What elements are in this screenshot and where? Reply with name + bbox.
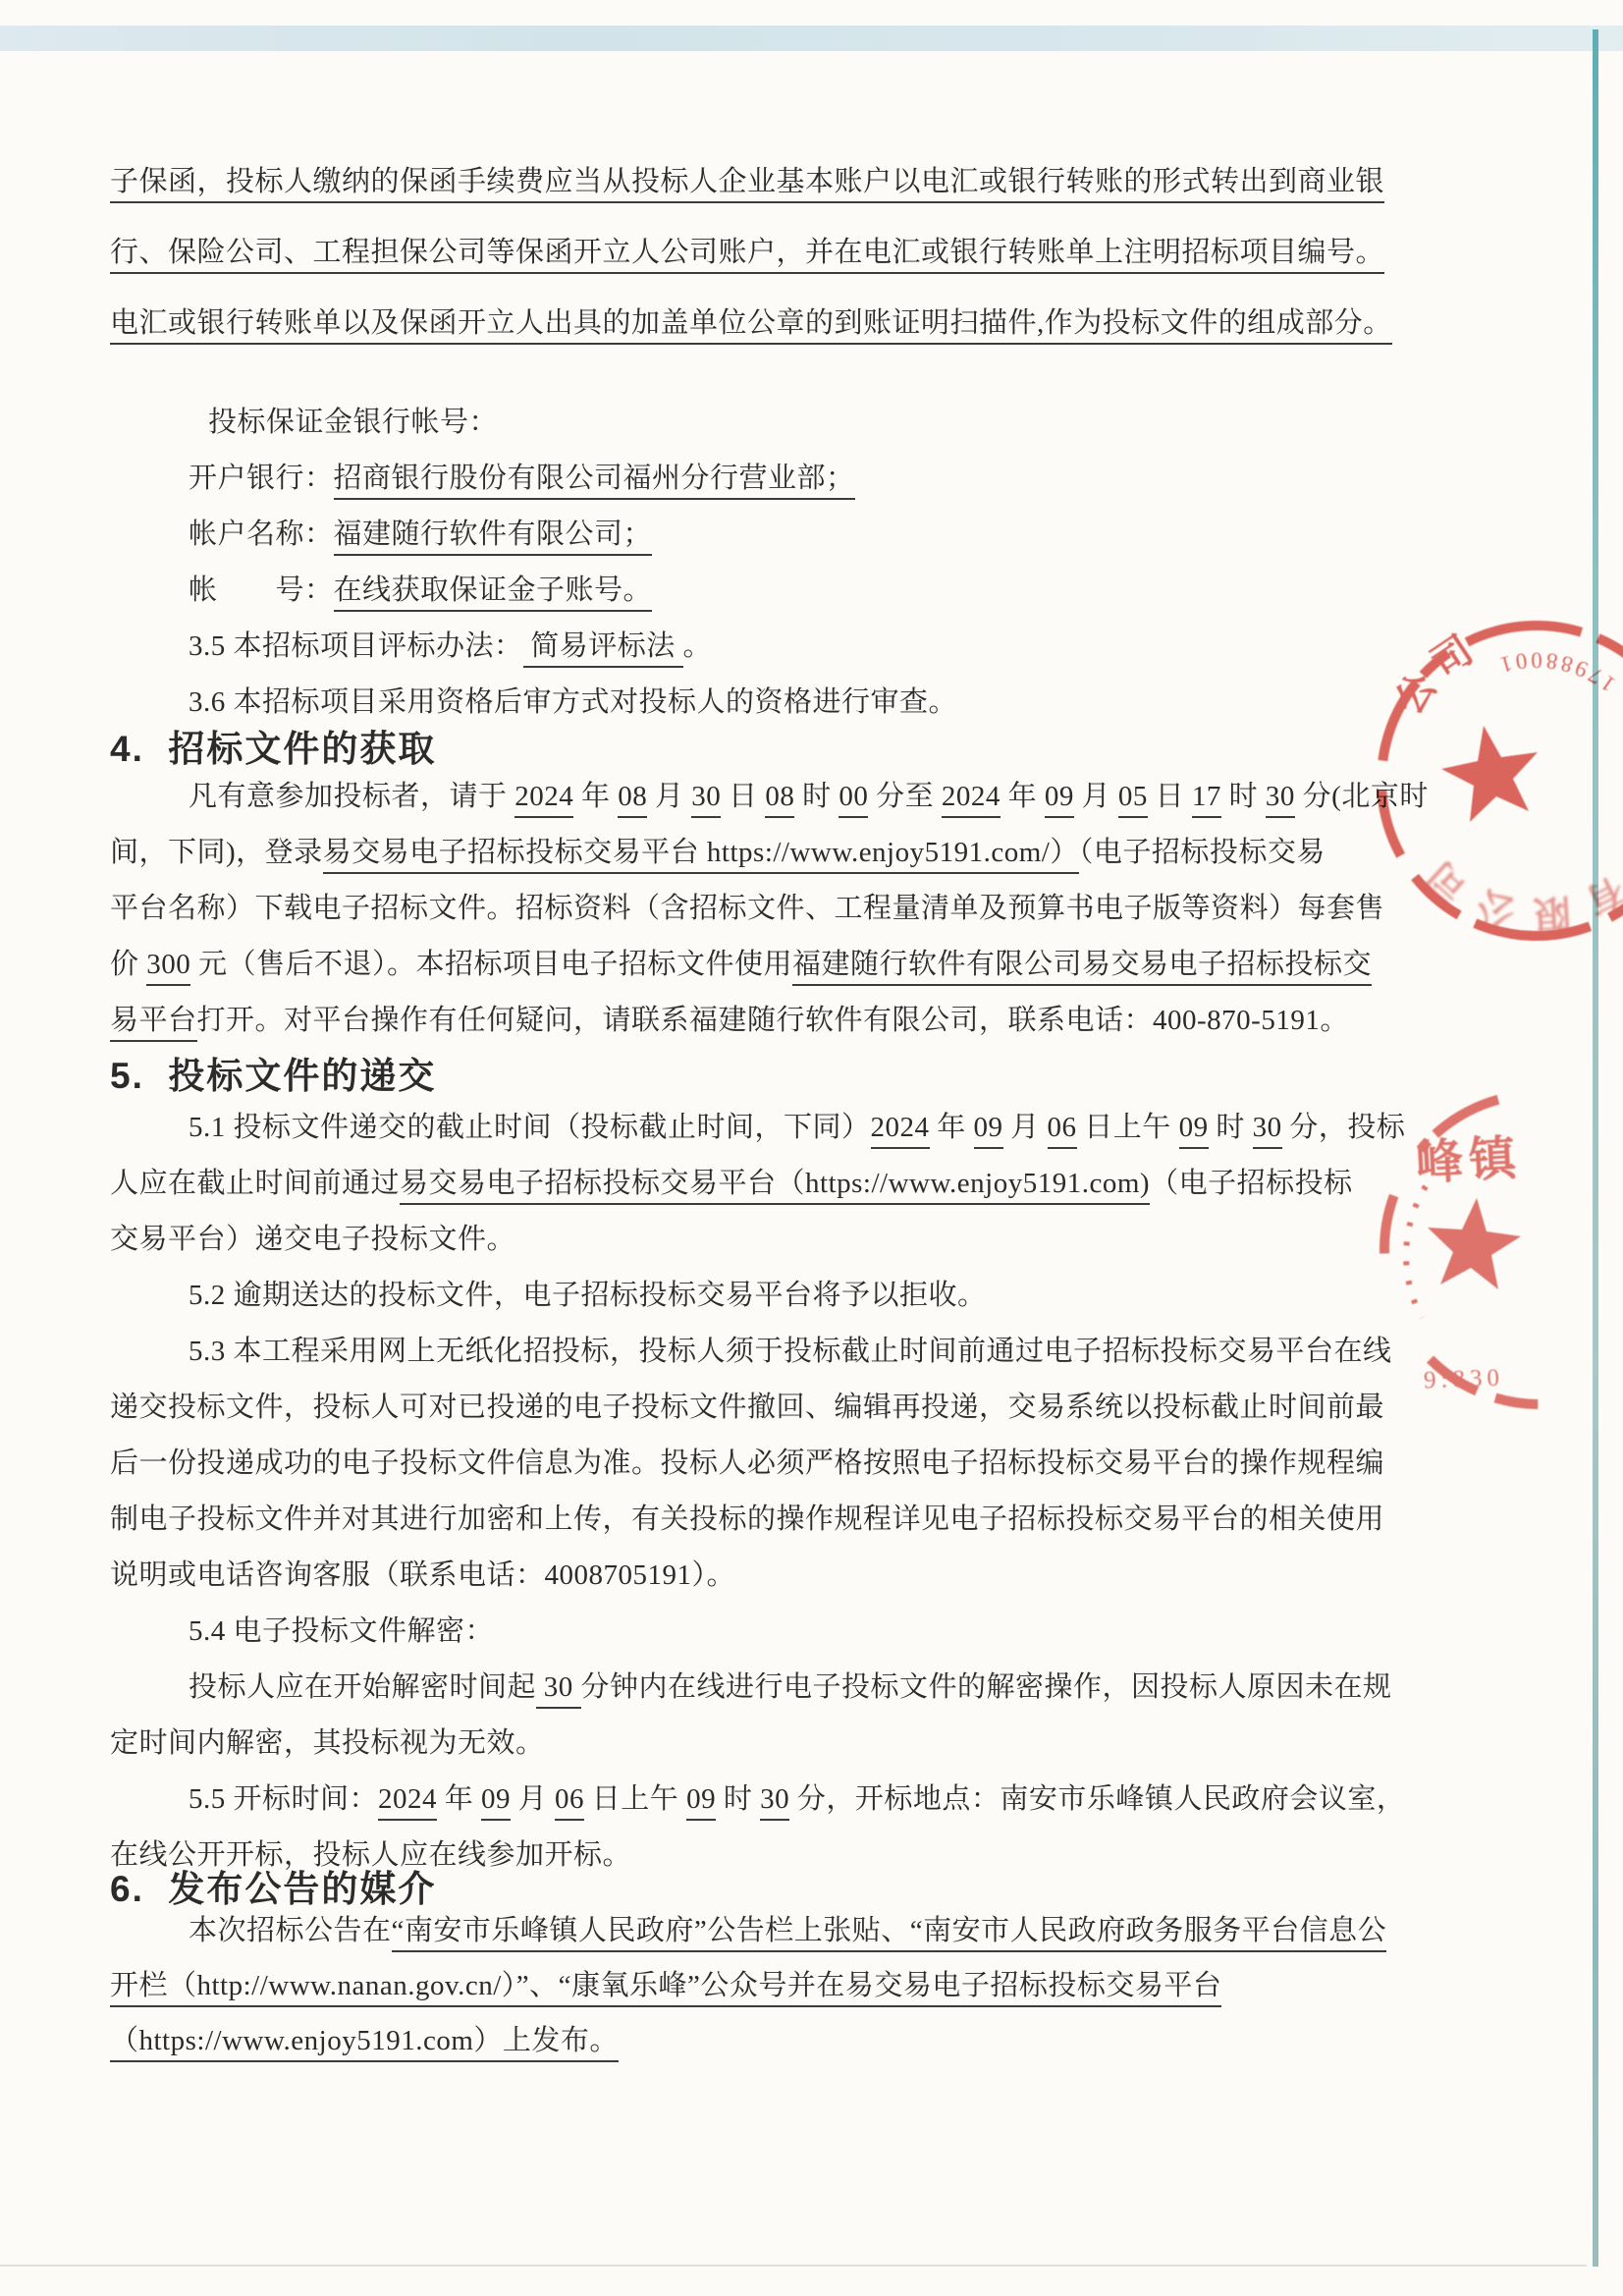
underlined-text: 09 [1045, 781, 1074, 818]
underlined-text: 08 [765, 781, 794, 818]
text-run: 时 [794, 781, 839, 812]
text-run: （电子招标投标交易 [1079, 837, 1325, 868]
underlined-text: 2024 [942, 781, 1001, 818]
text-run: 3.6 本招标项目采用资格后审方式对投标人的资格进行审查。 [189, 686, 957, 718]
text-run: 日上午 [1077, 1112, 1179, 1143]
underlined-text: 06 [555, 1783, 584, 1821]
text-run: 分，开标地点：南安市乐峰镇人民政府会议室， [789, 1783, 1405, 1815]
section-5-paragraph: 5.1 投标文件递交的截止时间（投标截止时间，下同）2024 年 09 月 06… [110, 1100, 1516, 1884]
text-run: 交易平台）递交电子投标文件。 [110, 1224, 515, 1255]
text-line: 开户银行：招商银行股份有限公司福州分行营业部； [110, 451, 1516, 507]
text-run: 时 [1209, 1112, 1253, 1143]
text-run: 本次招标公告在 [189, 1915, 392, 1946]
text-line: 间，下同)，登录易交易电子招标投标交易平台 https://www.enjoy5… [110, 825, 1516, 881]
underlined-text: 300 [146, 949, 190, 986]
text-run: 3.5 本招标项目评标办法： [189, 630, 523, 662]
underlined-text: 09 [974, 1112, 1003, 1149]
text-line: 3.5 本招标项目评标办法： 简易评标法 。 [110, 619, 1516, 675]
text-run: 帐户名称： [189, 519, 334, 550]
text-run: 后一份投递成功的电子投标文件信息为准。投标人必须严格按照电子招标投标交易平台的操… [110, 1448, 1384, 1479]
text-line: 交易平台）递交电子投标文件。 [110, 1212, 1516, 1268]
deposit-account-block: 投标保证金银行帐号：开户银行：招商银行股份有限公司福州分行营业部；帐户名称：福建… [110, 395, 1516, 731]
scan-edge-top [0, 26, 1623, 51]
text-line: 5.3 本工程采用网上无纸化招投标，投标人须于投标截止时间前通过电子招标投标交易… [110, 1324, 1516, 1380]
text-run: 5.1 投标文件递交的截止时间（投标截止时间，下同） [189, 1112, 871, 1143]
underlined-text: 易交易电子招标投标交易平台 https://www.enjoy5191.com/… [323, 837, 1079, 874]
text-run: 投标保证金银行帐号： [208, 407, 498, 438]
underlined-text: 2024 [871, 1112, 930, 1149]
text-run: 月 [1074, 781, 1118, 812]
text-line: 帐 号：在线获取保证金子账号。 [110, 563, 1516, 619]
text-line: （https://www.enjoy5191.com）上发布。 [110, 2013, 1516, 2068]
section-4-paragraph: 凡有意参加投标者，请于 2024 年 08 月 30 日 08 时 00 分至 … [110, 769, 1516, 1049]
text-line: 本次招标公告在“南安市乐峰镇人民政府”公告栏上张贴、“南安市人民政府政务服务平台… [110, 1903, 1516, 1958]
text-run: 投标人应在开始解密时间起 [189, 1671, 536, 1703]
section-heading-4: 4. 招标文件的获取 [110, 725, 1516, 774]
underlined-text: 易交易电子招标投标交易平台（https://www.enjoy5191.com) [400, 1168, 1150, 1205]
text-run: 分至 [868, 781, 942, 812]
underlined-text: 30 [760, 1783, 789, 1821]
underlined-text: 行、保险公司、工程担保公司等保函开立人公司账户，并在电汇或银行转账单上注明招标项… [110, 237, 1384, 274]
underlined-text: 09 [1179, 1112, 1209, 1149]
underlined-text: 福建随行软件有限公司； [334, 519, 653, 556]
text-line: 子保函，投标人缴纳的保函手续费应当从投标人企业基本账户以电汇或银行转账的形式转出… [110, 146, 1516, 217]
text-line: 说明或电话咨询客服（联系电话：4008705191）。 [110, 1548, 1516, 1604]
text-line: 易平台打开。对平台操作有任何疑问，请联系福建随行软件有限公司，联系电话：400-… [110, 993, 1516, 1049]
underlined-text: 简易评标法 [523, 630, 683, 668]
underlined-text: 30 [691, 781, 721, 818]
text-run: 分(北京时 [1295, 781, 1429, 812]
text-run: 月 [511, 1783, 555, 1815]
underlined-text: 在线获取保证金子账号。 [334, 574, 653, 612]
text-run: 定时间内解密，其投标视为无效。 [110, 1727, 545, 1759]
text-line: 5.5 开标时间：2024 年 09 月 06 日上午 09 时 30 分，开标… [110, 1772, 1516, 1828]
text-run: 5.5 开标时间： [189, 1783, 378, 1815]
text-line: 行、保险公司、工程担保公司等保函开立人公司账户，并在电汇或银行转账单上注明招标项… [110, 217, 1516, 288]
text-run: 分，投标 [1282, 1112, 1406, 1143]
underlined-text: 06 [1048, 1112, 1077, 1149]
text-line: 5.4 电子投标文件解密： [110, 1604, 1516, 1660]
underlined-text: 17 [1192, 781, 1221, 818]
text-run: 。 [683, 630, 713, 662]
text-run: 年 [573, 781, 618, 812]
underlined-text: 30 [1266, 781, 1295, 818]
text-line: 电汇或银行转账单以及保函开立人出具的加盖单位公章的到账证明扫描件,作为投标文件的… [110, 288, 1516, 358]
text-run: 年 [1001, 781, 1045, 812]
text-run: 平台名称）下载电子招标文件。招标资料（含招标文件、工程量清单及预算书电子版等资料… [110, 893, 1384, 924]
underlined-text: 福建随行软件有限公司易交易电子招标投标交 [792, 949, 1372, 986]
text-run: 日上午 [584, 1783, 686, 1815]
text-run: 日 [721, 781, 765, 812]
underlined-text: 2024 [514, 781, 573, 818]
text-run: 制电子投标文件并对其进行加密和上传，有关投标的操作规程详见电子招标投标交易平台的… [110, 1503, 1384, 1535]
underlined-text: 09 [686, 1783, 716, 1821]
text-line: 人应在截止时间前通过易交易电子招标投标交易平台（https://www.enjo… [110, 1156, 1516, 1212]
text-line: 凡有意参加投标者，请于 2024 年 08 月 30 日 08 时 00 分至 … [110, 769, 1516, 825]
text-run: 元（售后不退）。本招标项目电子招标文件使用 [190, 949, 792, 980]
text-line: 3.6 本招标项目采用资格后审方式对投标人的资格进行审查。 [110, 675, 1516, 731]
section-6-paragraph: 本次招标公告在“南安市乐峰镇人民政府”公告栏上张贴、“南安市人民政府政务服务平台… [110, 1903, 1516, 2068]
underlined-text: 子保函，投标人缴纳的保函手续费应当从投标人企业基本账户以电汇或银行转账的形式转出… [110, 166, 1384, 203]
underlined-text: 08 [618, 781, 647, 818]
text-run: 价 [110, 949, 146, 980]
underlined-text: 09 [481, 1783, 511, 1821]
underlined-text: 易平台 [110, 1005, 197, 1042]
document-page: 子保函，投标人缴纳的保函手续费应当从投标人企业基本账户以电汇或银行转账的形式转出… [0, 0, 1623, 2296]
text-run: 说明或电话咨询客服（联系电话：4008705191）。 [110, 1559, 735, 1591]
text-line: 5.1 投标文件递交的截止时间（投标截止时间，下同）2024 年 09 月 06… [110, 1100, 1516, 1156]
text-run: 5.3 本工程采用网上无纸化招投标，投标人须于投标截止时间前通过电子招标投标交易… [189, 1336, 1392, 1367]
text-run: 开户银行： [189, 463, 334, 494]
text-line: 投标保证金银行帐号： [110, 395, 1516, 451]
text-run: 人应在截止时间前通过 [110, 1168, 400, 1199]
underlined-text: 开栏（http://www.nanan.gov.cn/）”、“康氧乐峰”公众号并… [110, 1970, 1221, 2007]
text-line: 平台名称）下载电子招标文件。招标资料（含招标文件、工程量清单及预算书电子版等资料… [110, 881, 1516, 937]
text-run: 分钟内在线进行电子投标文件的解密操作，因投标人原因未在规 [581, 1671, 1392, 1703]
underlined-text: 00 [839, 781, 868, 818]
text-run: 日 [1148, 781, 1192, 812]
text-run: 凡有意参加投标者，请于 [189, 781, 514, 812]
underlined-text: “南安市乐峰镇人民政府”公告栏上张贴、“南安市人民政府政务服务平台信息公 [392, 1915, 1387, 1952]
text-run: 打开。对平台操作有任何疑问，请联系福建随行软件有限公司，联系电话：400-870… [197, 1005, 1349, 1036]
section-heading-5: 5. 投标文件的递交 [110, 1052, 1516, 1101]
underlined-text: 招商银行股份有限公司福州分行营业部； [334, 463, 855, 500]
text-line: 5.2 逾期送达的投标文件，电子招标投标交易平台将予以拒收。 [110, 1268, 1516, 1324]
text-run: 月 [647, 781, 691, 812]
text-run: 时 [1221, 781, 1266, 812]
text-line: 开栏（http://www.nanan.gov.cn/）”、“康氧乐峰”公众号并… [110, 1958, 1516, 2013]
scan-edge-right [1593, 29, 1598, 2267]
text-line: 投标人应在开始解密时间起 30 分钟内在线进行电子投标文件的解密操作，因投标人原… [110, 1660, 1516, 1716]
text-run: （电子招标投标 [1150, 1168, 1353, 1199]
underlined-text: （https://www.enjoy5191.com）上发布。 [110, 2025, 619, 2062]
text-line: 定时间内解密，其投标视为无效。 [110, 1716, 1516, 1772]
underlined-text: 30 [1253, 1112, 1282, 1149]
text-run: 年 [930, 1112, 974, 1143]
paper-edge-line [0, 2265, 1587, 2267]
text-line: 递交投标文件，投标人可对已投递的电子投标文件撤回、编辑再投递，交易系统以投标截止… [110, 1380, 1516, 1436]
text-run: 5.2 逾期送达的投标文件，电子招标投标交易平台将予以拒收。 [189, 1280, 987, 1311]
guarantee-intro-paragraph: 子保函，投标人缴纳的保函手续费应当从投标人企业基本账户以电汇或银行转账的形式转出… [110, 146, 1516, 358]
text-run: 5.4 电子投标文件解密： [189, 1615, 494, 1647]
underlined-text: 30 [536, 1671, 581, 1709]
text-line: 制电子投标文件并对其进行加密和上传，有关投标的操作规程详见电子招标投标交易平台的… [110, 1492, 1516, 1548]
text-line: 后一份投递成功的电子投标文件信息为准。投标人必须严格按照电子招标投标交易平台的操… [110, 1436, 1516, 1492]
text-run: 帐 号： [189, 574, 334, 606]
text-run: 时 [716, 1783, 760, 1815]
underlined-text: 2024 [378, 1783, 437, 1821]
text-run: 月 [1003, 1112, 1048, 1143]
text-run: 间，下同)，登录 [110, 837, 323, 868]
text-run: 年 [437, 1783, 481, 1815]
underlined-text: 05 [1118, 781, 1148, 818]
text-line: 帐户名称：福建随行软件有限公司； [110, 507, 1516, 563]
underlined-text: 电汇或银行转账单以及保函开立人出具的加盖单位公章的到账证明扫描件,作为投标文件的… [110, 307, 1392, 345]
text-line: 价 300 元（售后不退）。本招标项目电子招标文件使用福建随行软件有限公司易交易… [110, 937, 1516, 993]
text-run: 递交投标文件，投标人可对已投递的电子投标文件撤回、编辑再投递，交易系统以投标截止… [110, 1392, 1384, 1423]
